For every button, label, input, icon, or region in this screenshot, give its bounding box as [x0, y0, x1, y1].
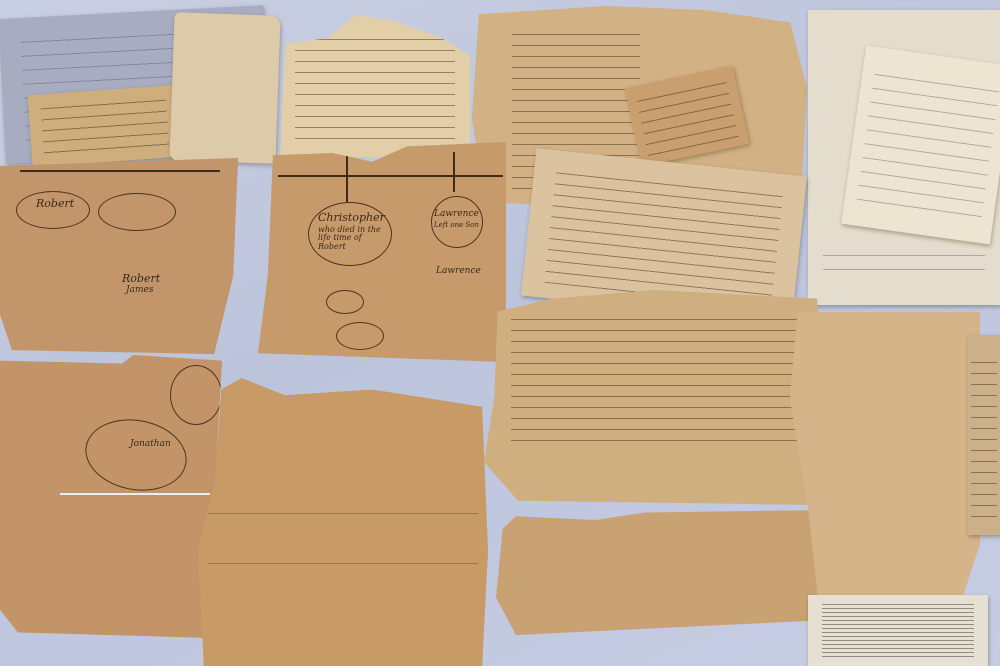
handwritten-strip-top-left [28, 85, 183, 167]
handwriting-lines [544, 165, 784, 310]
tree-node-small [326, 290, 364, 314]
handwriting-lines [40, 93, 170, 161]
letter-fold-flap [841, 45, 1000, 244]
blank-sheet-top [169, 12, 280, 164]
tree-label-james: James [126, 286, 153, 295]
photo-canvas: { "scene": { "description": "Photograph … [0, 0, 1000, 666]
printed-text-lines [822, 601, 973, 661]
tree-node-jonathan [80, 412, 193, 499]
family-tree-chart-center: Christopher who died in the life time of… [258, 142, 506, 362]
handwriting-lines [635, 75, 739, 158]
tree-node-lawrence-label: Lawrence [434, 210, 479, 219]
handwriting-lines [511, 312, 797, 441]
blank-sheet-bottom-right [790, 312, 980, 602]
dense-manuscript-top-center [280, 12, 470, 157]
paper-crease [208, 563, 478, 564]
handwriting-lines [855, 65, 1000, 229]
tree-node-top-right [170, 365, 222, 425]
blank-strip-bottom-center [496, 510, 828, 635]
tree-line [20, 170, 220, 172]
tree-line [278, 175, 503, 177]
folded-letter-top-right [808, 10, 1000, 305]
tree-node-lawrence-sub: Left one Son [434, 222, 479, 229]
tree-node-christopher-label: Christopher [318, 212, 385, 224]
tree-node-small-2 [336, 322, 384, 350]
family-tree-chart-left: Robert Robert James [0, 158, 238, 354]
paper-crease [208, 513, 478, 514]
blank-sheet-bottom-center [198, 378, 488, 666]
manuscript-fragment-center [484, 290, 824, 505]
tree-label-robert: Robert [122, 273, 160, 285]
tree-label-lawrence: Lawrence [436, 267, 481, 276]
torn-crease [60, 493, 210, 495]
handwriting-lines [295, 32, 455, 145]
handwriting-lines [823, 246, 984, 281]
tree-node-robert-label: Robert [36, 198, 74, 210]
small-fragment-on-pile [625, 65, 749, 166]
side-fragment-far-right [968, 335, 1000, 535]
tree-node-unnamed [98, 193, 176, 231]
tree-node-jonathan-label: Jonathan [130, 440, 171, 449]
handwriting-lines [971, 355, 998, 519]
tree-node-christopher-sub: who died in the life time of Robert [318, 226, 384, 251]
tree-line [453, 152, 455, 192]
newspaper-clipping-bottom-right [808, 595, 988, 666]
family-tree-chart-bottom-left: Jonathan [0, 355, 222, 638]
